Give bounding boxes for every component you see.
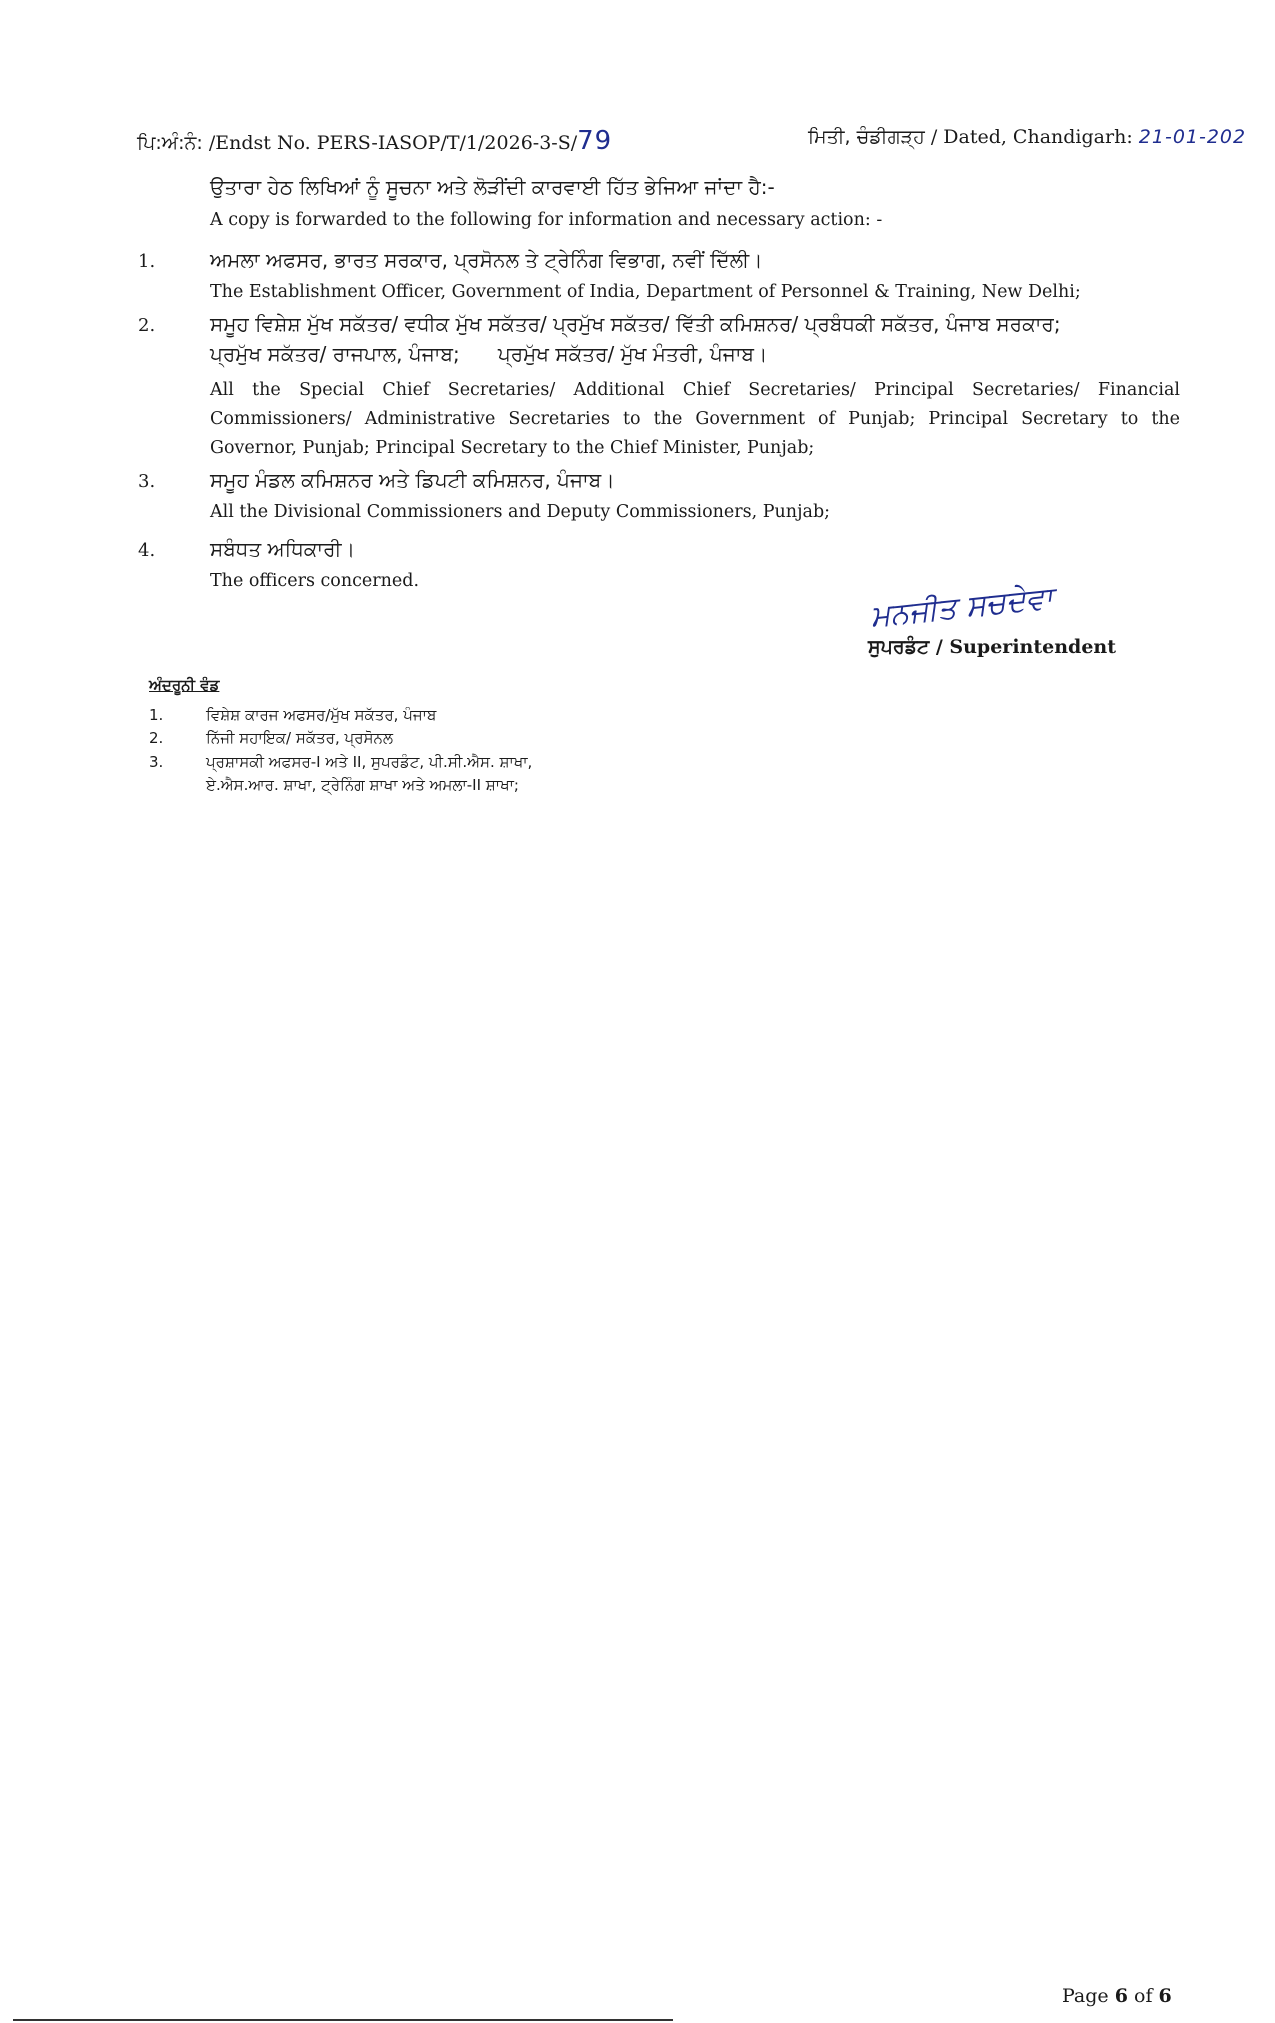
recipient-english: All the Special Chief Secretaries/ Addit… xyxy=(210,376,1180,463)
recipient-punjabi: ਸਮੂਹ ਮੰਡਲ ਕਮਿਸ਼ਨਰ ਅਤੇ ਡਿਪਟੀ ਕਮਿਸ਼ਨਰ, ਪੰਜ… xyxy=(210,468,615,492)
handwritten-date: 21-01-202 xyxy=(1139,126,1246,148)
recipient-english: All the Divisional Commissioners and Dep… xyxy=(210,498,1180,527)
date-label-punjabi: ਮਿਤੀ, ਚੰਡੀਗੜ੍ਹ xyxy=(808,126,925,148)
footer-rule xyxy=(13,2019,673,2021)
recipient-punjabi: ਸਬੰਧਤ ਅਧਿਕਾਰੀ। xyxy=(210,537,355,561)
current-page: 6 xyxy=(1115,1985,1128,2007)
endst-reference: PERS-IASOP/T/1/2026-3-S/ xyxy=(317,132,577,154)
page-of-label: of xyxy=(1134,1985,1152,2007)
internal-item: ਨਿੱਜੀ ਸਹਾਇਕ/ ਸਕੱਤਰ, ਪ੍ਰਸੋਨਲ xyxy=(206,729,393,747)
recipient-english: The Establishment Officer, Government of… xyxy=(210,278,1180,307)
internal-distribution-title: ਅੰਦਰੂਨੀ ਵੰਡ xyxy=(149,676,219,694)
recipient-punjabi: ਪ੍ਰਮੁੱਖ ਸਕੱਤਰ/ ਰਾਜਪਾਲ, ਪੰਜਾਬ; ਪ੍ਰਮੁੱਖ ਸਕ… xyxy=(210,342,768,366)
recipient-punjabi: ਸਮੂਹ ਵਿਸ਼ੇਸ਼ ਮੁੱਖ ਸਕੱਤਰ/ ਵਧੀਕ ਮੁੱਖ ਸਕੱਤਰ… xyxy=(210,312,1061,336)
internal-item: ਵਿਸ਼ੇਸ਼ ਕਾਰਜ ਅਫਸਰ/ਮੁੱਖ ਸਕੱਤਰ, ਪੰਜਾਬ xyxy=(206,706,436,724)
date-label-english: / Dated, Chandigarh: xyxy=(931,126,1133,148)
recipient-punjabi: ਅਮਲਾ ਅਫਸਰ, ਭਾਰਤ ਸਰਕਾਰ, ਪ੍ਰਸੋਨਲ ਤੇ ਟ੍ਰੇਨਿ… xyxy=(210,248,763,272)
recipient-number: 3. xyxy=(138,471,155,492)
internal-item-number: 3. xyxy=(149,753,163,771)
recipient-number: 1. xyxy=(138,251,155,272)
recipient-number: 2. xyxy=(138,315,155,336)
signatory-designation: ਸੁਪਰਡੰਟ / Superintendent xyxy=(868,636,1116,658)
designation-english: / Superintendent xyxy=(936,636,1116,658)
endorsement-number: ਪਿ:ਅੰ:ਨੰ: /Endst No. PERS-IASOP/T/1/2026… xyxy=(137,126,612,156)
endst-handwritten-number: 79 xyxy=(577,126,612,156)
page-indicator: Page 6 of 6 xyxy=(1062,1985,1172,2007)
endst-label-punjabi: ਪਿ:ਅੰ:ਨੰ: xyxy=(137,132,203,154)
endst-label-english: /Endst No. xyxy=(209,132,311,154)
internal-item-continuation: ਏ.ਐਸ.ਆਰ. ਸ਼ਾਖਾ, ਟ੍ਰੇਨਿੰਗ ਸ਼ਾਖਾ ਅਤੇ ਅਮਲਾ-… xyxy=(206,776,519,794)
forward-note-punjabi: ਉਤਾਰਾ ਹੇਠ ਲਿਖਿਆਂ ਨੂੰ ਸੂਚਨਾ ਅਤੇ ਲੋੜੀਂਦੀ ਕ… xyxy=(210,175,775,199)
forward-note-english: A copy is forwarded to the following for… xyxy=(210,206,882,235)
internal-item-number: 2. xyxy=(149,729,163,747)
internal-item-number: 1. xyxy=(149,706,163,724)
designation-punjabi: ਸੁਪਰਡੰਟ xyxy=(868,636,929,658)
internal-item: ਪ੍ਰਸ਼ਾਸਕੀ ਅਫਸਰ-I ਅਤੇ II, ਸੁਪਰਡੰਟ, ਪੀ.ਸੀ.… xyxy=(206,753,532,771)
recipient-number: 4. xyxy=(138,540,155,561)
total-pages: 6 xyxy=(1159,1985,1172,2007)
dated-line: ਮਿਤੀ, ਚੰਡੀਗੜ੍ਹ / Dated, Chandigarh: 21-0… xyxy=(808,126,1246,148)
page-prefix: Page xyxy=(1062,1985,1109,2007)
